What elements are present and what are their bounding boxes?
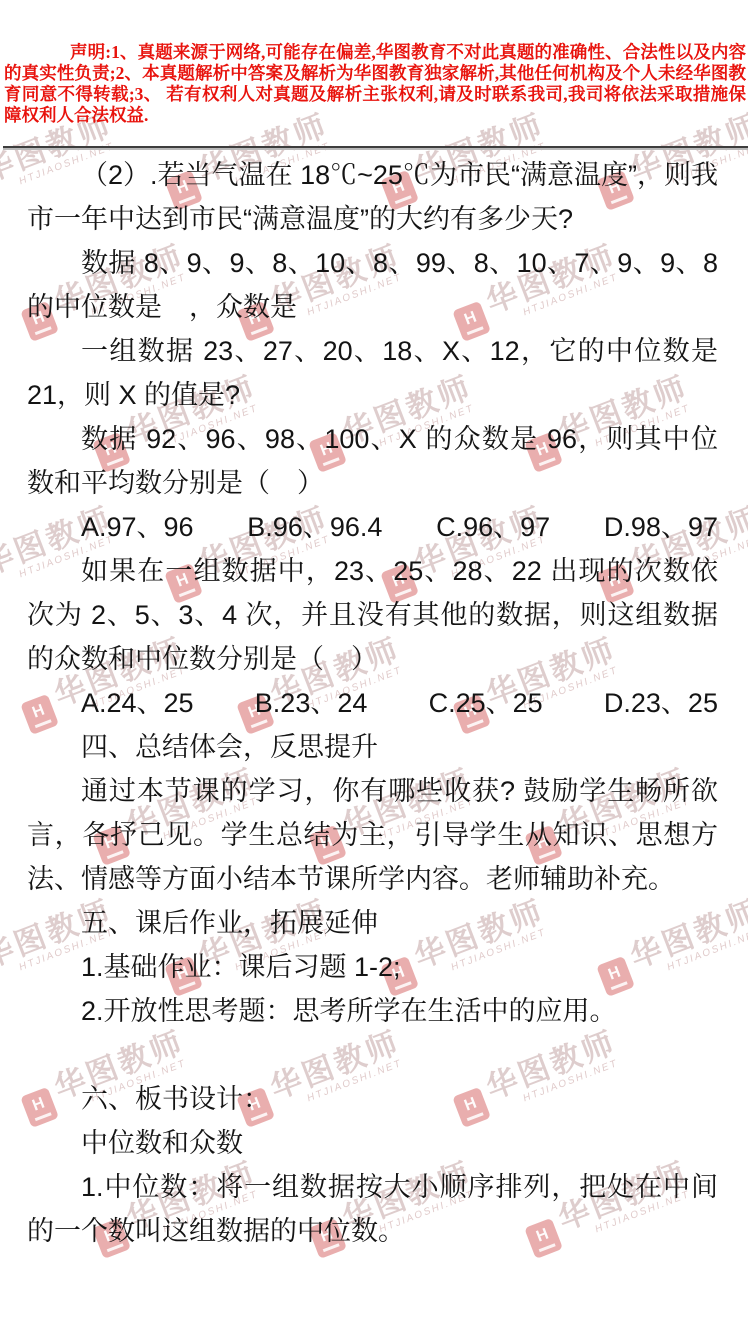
paragraph: 如果在一组数据中，23、25、28、22 出现的次数依次为 2、5、3、4 次，… xyxy=(27,549,718,681)
option-item: C.96、97 xyxy=(436,505,550,549)
option-item: A.24、25 xyxy=(81,681,194,725)
blank-line xyxy=(27,1033,718,1077)
option-item: D.23、25 xyxy=(604,681,718,725)
option-item: B.23、24 xyxy=(255,681,368,725)
paragraph: 数据 92、96、98、100、X 的众数是 96，则其中位数和平均数分别是（ … xyxy=(27,417,718,505)
option-item: B.96、96.4 xyxy=(247,505,382,549)
document-body: （2）.若当气温在 18℃~25℃为市民“满意温度”，则我市一年中达到市民“满意… xyxy=(27,153,718,1253)
disclaimer: 声明:1、真题来源于网络,可能存在偏差,华图教育不对此真题的准确性、合法性以及内… xyxy=(4,42,746,126)
option-item: C.25、25 xyxy=(429,681,543,725)
paragraph: 数据 8、9、9、8、10、8、99、8、10、7、9、9、8 的中位数是 ，众… xyxy=(27,241,718,329)
paragraph: 中位数和众数 xyxy=(27,1121,718,1165)
disclaimer-label: 声明: xyxy=(70,42,111,62)
section-divider xyxy=(3,146,748,150)
options-row: A.97、96B.96、96.4C.96、97D.98、97 xyxy=(27,505,718,549)
document-page: H华图教师HTJIAOSHI.NETH华图教师HTJIAOSHI.NETH华图教… xyxy=(0,0,748,1335)
paragraph: 四、总结体会，反思提升 xyxy=(27,725,718,769)
options-row: A.24、25B.23、24C.25、25D.23、25 xyxy=(27,681,718,725)
option-item: A.97、96 xyxy=(81,505,194,549)
paragraph: （2）.若当气温在 18℃~25℃为市民“满意温度”，则我市一年中达到市民“满意… xyxy=(27,153,718,241)
option-item: D.98、97 xyxy=(604,505,718,549)
disclaimer-text: 1、真题来源于网络,可能存在偏差,华图教育不对此真题的准确性、合法性以及内容的真… xyxy=(4,42,746,125)
paragraph: 一组数据 23、27、20、18、X、12，它的中位数是 21，则 X 的值是? xyxy=(27,329,718,417)
paragraph: 六、板书设计： xyxy=(27,1077,718,1121)
paragraph: 1.基础作业：课后习题 1-2; xyxy=(27,945,718,989)
paragraph: 五、课后作业，拓展延伸 xyxy=(27,901,718,945)
paragraph: 通过本节课的学习，你有哪些收获? 鼓励学生畅所欲言，各抒己见。学生总结为主，引导… xyxy=(27,769,718,901)
paragraph: 2.开放性思考题：思考所学在生活中的应用。 xyxy=(27,989,718,1033)
paragraph: 1.中位数：将一组数据按大小顺序排列，把处在中间的一个数叫这组数据的中位数。 xyxy=(27,1165,718,1253)
